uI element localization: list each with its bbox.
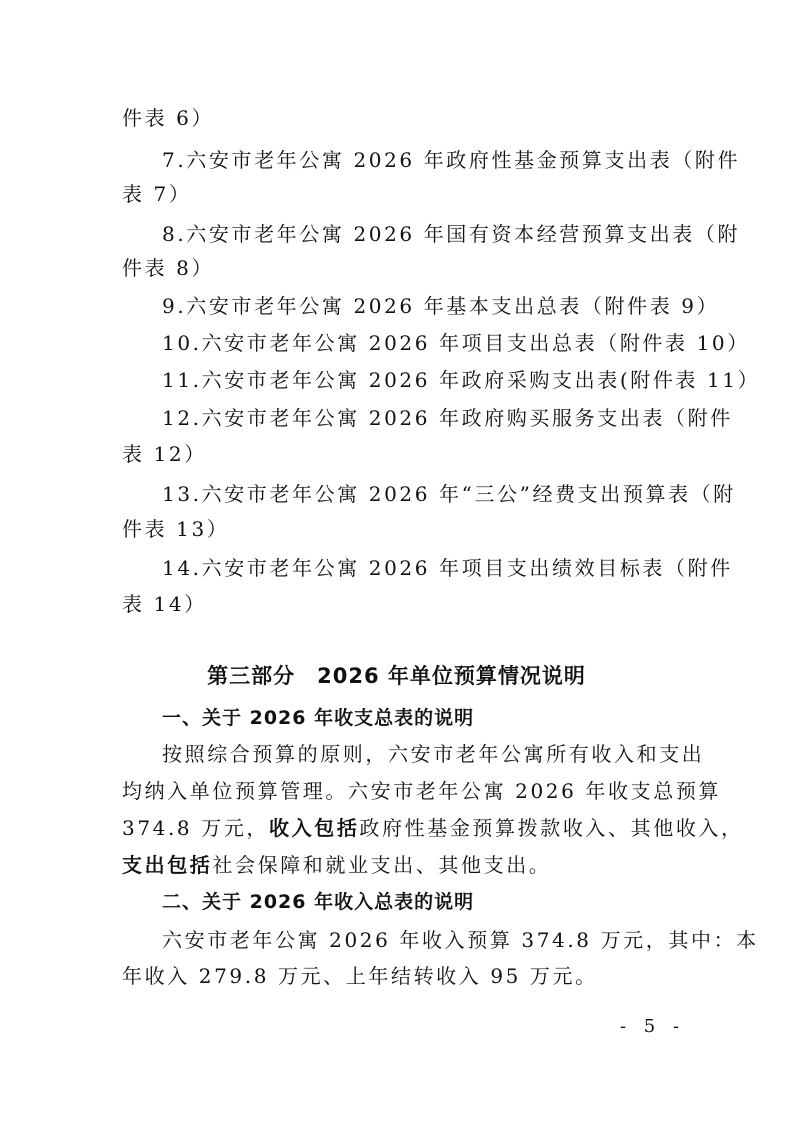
part3-title: 第三部分 2026 年单位预算情况说明: [0, 661, 793, 691]
total-amount-text: 374.8 万元，: [122, 816, 269, 840]
income-includes-label: 收入包括: [269, 816, 359, 840]
attachment-item-8: 8.六安市老年公寓 2026 年国有资本经营预算支出表（附: [162, 220, 674, 248]
attachment-item-10: 10.六安市老年公寓 2026 年项目支出总表（附件表 10）: [162, 329, 674, 357]
attachment-item-14-cont: 表 14）: [122, 590, 674, 618]
attachment-continuation-6: 件表 6）: [122, 104, 674, 132]
section1-para-line4: 支出包括社会保障和就业支出、其他支出。: [122, 851, 674, 879]
attachment-item-12-cont: 表 12）: [122, 440, 674, 468]
section1-para-line1: 按照综合预算的原则，六安市老年公寓所有收入和支出: [162, 740, 674, 768]
section2-heading: 二、关于 2026 年收入总表的说明: [162, 888, 474, 916]
expense-includes-label: 支出包括: [122, 853, 212, 877]
section1-para-line2: 均纳入单位预算管理。六安市老年公寓 2026 年收支总预算: [122, 777, 674, 805]
attachment-item-7-cont: 表 7）: [122, 180, 674, 208]
section1-heading: 一、关于 2026 年收支总表的说明: [162, 704, 474, 732]
attachment-item-13: 13.六安市老年公寓 2026 年“三公”经费支出预算表（附: [162, 480, 674, 508]
attachment-item-9: 9.六安市老年公寓 2026 年基本支出总表（附件表 9）: [162, 292, 674, 320]
attachment-item-13-cont: 件表 13）: [122, 515, 674, 543]
attachment-item-12: 12.六安市老年公寓 2026 年政府购买服务支出表（附件: [162, 404, 674, 432]
income-sources-text: 政府性基金预算拨款收入、其他收入，: [359, 816, 743, 840]
attachment-item-14: 14.六安市老年公寓 2026 年项目支出绩效目标表（附件: [162, 554, 674, 582]
document-page: 件表 6） 7.六安市老年公寓 2026 年政府性基金预算支出表（附件 表 7）…: [0, 0, 793, 1122]
section2-para-line1: 六安市老年公寓 2026 年收入预算 374.8 万元，其中：本: [162, 926, 674, 954]
attachment-item-8-cont: 件表 8）: [122, 254, 674, 282]
section1-para-line3: 374.8 万元，收入包括政府性基金预算拨款收入、其他收入，: [122, 814, 674, 842]
section2-para-line2: 年收入 279.8 万元、上年结转收入 95 万元。: [122, 962, 674, 990]
expense-categories-text: 社会保障和就业支出、其他支出。: [212, 853, 551, 877]
attachment-item-7: 7.六安市老年公寓 2026 年政府性基金预算支出表（附件: [162, 146, 674, 174]
page-number: - 5 -: [620, 1016, 685, 1037]
attachment-item-11: 11.六安市老年公寓 2026 年政府采购支出表(附件表 11）: [162, 366, 674, 394]
